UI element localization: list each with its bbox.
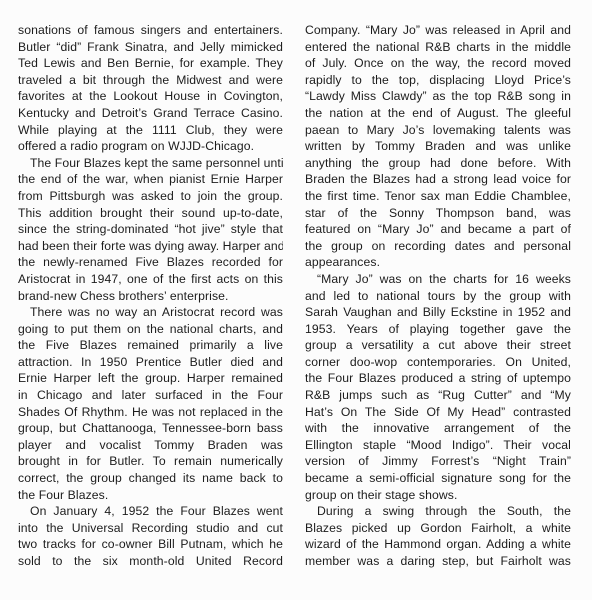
text-line: corner doo-wop contemporaries. On United… — [305, 354, 571, 371]
text-line: 1953. Years of playing together gave the — [305, 321, 571, 338]
text-line: since the string-dominated “hot jive” st… — [18, 221, 283, 238]
text-line: Ellington staple “Mood Indigo”. Their vo… — [305, 437, 571, 454]
text-line: written by Tommy Braden and was unlike — [305, 138, 571, 155]
text-line: two tracks for co-owner Bill Putnam, whi… — [18, 536, 283, 553]
text-line: the first time. Tenor sax man Eddie Cham… — [305, 188, 571, 205]
text-line: The Four Blazes kept the same personnel … — [18, 155, 283, 172]
text-line: player and vocalist Tommy Braden was — [18, 437, 283, 454]
text-line: There was no way an Aristocrat record wa… — [18, 304, 283, 321]
text-line: “Lawdy Miss Clawdy” as the top R&B song … — [305, 88, 571, 105]
text-column-left: sonations of famous singers and entertai… — [18, 22, 283, 570]
text-line: into the Universal Recording studio and … — [18, 520, 283, 537]
text-line: group a versatility a cut above their st… — [305, 337, 571, 354]
text-line: the end of the war, when pianist Ernie H… — [18, 171, 283, 188]
text-line: of July. Once on the way, the record mov… — [305, 55, 571, 72]
text-line: R&B jumps such as “Rug Cutter” and “My — [305, 387, 571, 404]
text-line: star of the Sonny Thompson band, was — [305, 205, 571, 222]
text-line: This addition brought their sound up-to-… — [18, 205, 283, 222]
text-line: the nation at the end of August. The gle… — [305, 105, 571, 122]
text-line: became a semi-official signature song fo… — [305, 470, 571, 487]
text-line: Hat’s On The Side Of My Head” contrasted — [305, 404, 571, 421]
text-line: group on their stage shows. — [305, 487, 571, 504]
text-line: from Pittsburgh was asked to join the gr… — [18, 188, 283, 205]
text-line: member was a daring step, but Fairholt w… — [305, 553, 571, 570]
text-line: the newly-renamed Five Blazes recorded f… — [18, 254, 283, 271]
text-line: Ted Lewis and Ben Bernie, for example. T… — [18, 55, 283, 72]
text-line: Ernie Harper left the group. Harper rema… — [18, 370, 283, 387]
text-line: in Chicago and later surfaced in the Fou… — [18, 387, 283, 404]
document-page: sonations of famous singers and entertai… — [0, 0, 592, 600]
text-line: favorites at the Lookout House in Coving… — [18, 88, 283, 105]
text-line: Kentucky and Detroit’s Grand Terrace Cas… — [18, 105, 283, 122]
text-line: During a swing through the South, the — [305, 503, 571, 520]
text-line: Shades Of Rhythm. He was not replaced in… — [18, 404, 283, 421]
text-line: correct, the group changed its name back… — [18, 470, 283, 487]
text-line: anything the group had done before. With — [305, 155, 571, 172]
text-line: Company. “Mary Jo” was released in April… — [305, 22, 571, 39]
text-line: Aristocrat in 1947, one of the first act… — [18, 271, 283, 288]
text-line: and led to national tours by the group w… — [305, 288, 571, 305]
text-line: version of Jimmy Forrest’s “Night Train” — [305, 453, 571, 470]
text-line: Sarah Vaughan and Billy Eckstine in 1952… — [305, 304, 571, 321]
text-line: Butler “did” Frank Sinatra, and Jelly mi… — [18, 39, 283, 56]
text-line: On January 4, 1952 the Four Blazes went — [18, 503, 283, 520]
text-line: going to put them on the national charts… — [18, 321, 283, 338]
text-line: appearances. — [305, 254, 571, 271]
text-line: rapidly to the top, displacing Lloyd Pri… — [305, 72, 571, 89]
text-line: paean to Mary Jo’s lovemaking talents wa… — [305, 122, 571, 139]
text-line: the Four Blazes. — [18, 487, 283, 504]
text-line: the Five Blazes remained primarily a liv… — [18, 337, 283, 354]
text-line: wizard of the Hammond organ. Adding a wh… — [305, 536, 571, 553]
text-line: offered a radio program on WJJD-Chicago. — [18, 138, 283, 155]
text-line: with the innovative arrangement of the — [305, 420, 571, 437]
text-line: sonations of famous singers and entertai… — [18, 22, 283, 39]
text-line: entered the national R&B charts in the m… — [305, 39, 571, 56]
text-line: attraction. In 1950 Prentice Butler died… — [18, 354, 283, 371]
text-line: Blazes picked up Gordon Fairholt, a whit… — [305, 520, 571, 537]
text-line: group, but Chattanooga, Tennessee-born b… — [18, 420, 283, 437]
text-line: Braden the Blazes had a strong lead voic… — [305, 171, 571, 188]
text-line: had been their forte was dying away. Har… — [18, 238, 283, 255]
text-line: the Four Blazes produced a string of upt… — [305, 370, 571, 387]
text-line: brought in for Butler. To remain numeric… — [18, 453, 283, 470]
text-line: brand-new Chess brothers’ enterprise. — [18, 288, 283, 305]
text-line: featured on “Mary Jo” and became a part … — [305, 221, 571, 238]
text-line: sold to the six month-old United Record — [18, 553, 283, 570]
text-line: “Mary Jo” was on the charts for 16 weeks — [305, 271, 571, 288]
text-column-right: Company. “Mary Jo” was released in April… — [305, 22, 571, 570]
text-line: traveled a bit through the Midwest and w… — [18, 72, 283, 89]
text-line: the group on recording dates and persona… — [305, 238, 571, 255]
text-line: While playing at the 1111 Club, they wer… — [18, 122, 283, 139]
